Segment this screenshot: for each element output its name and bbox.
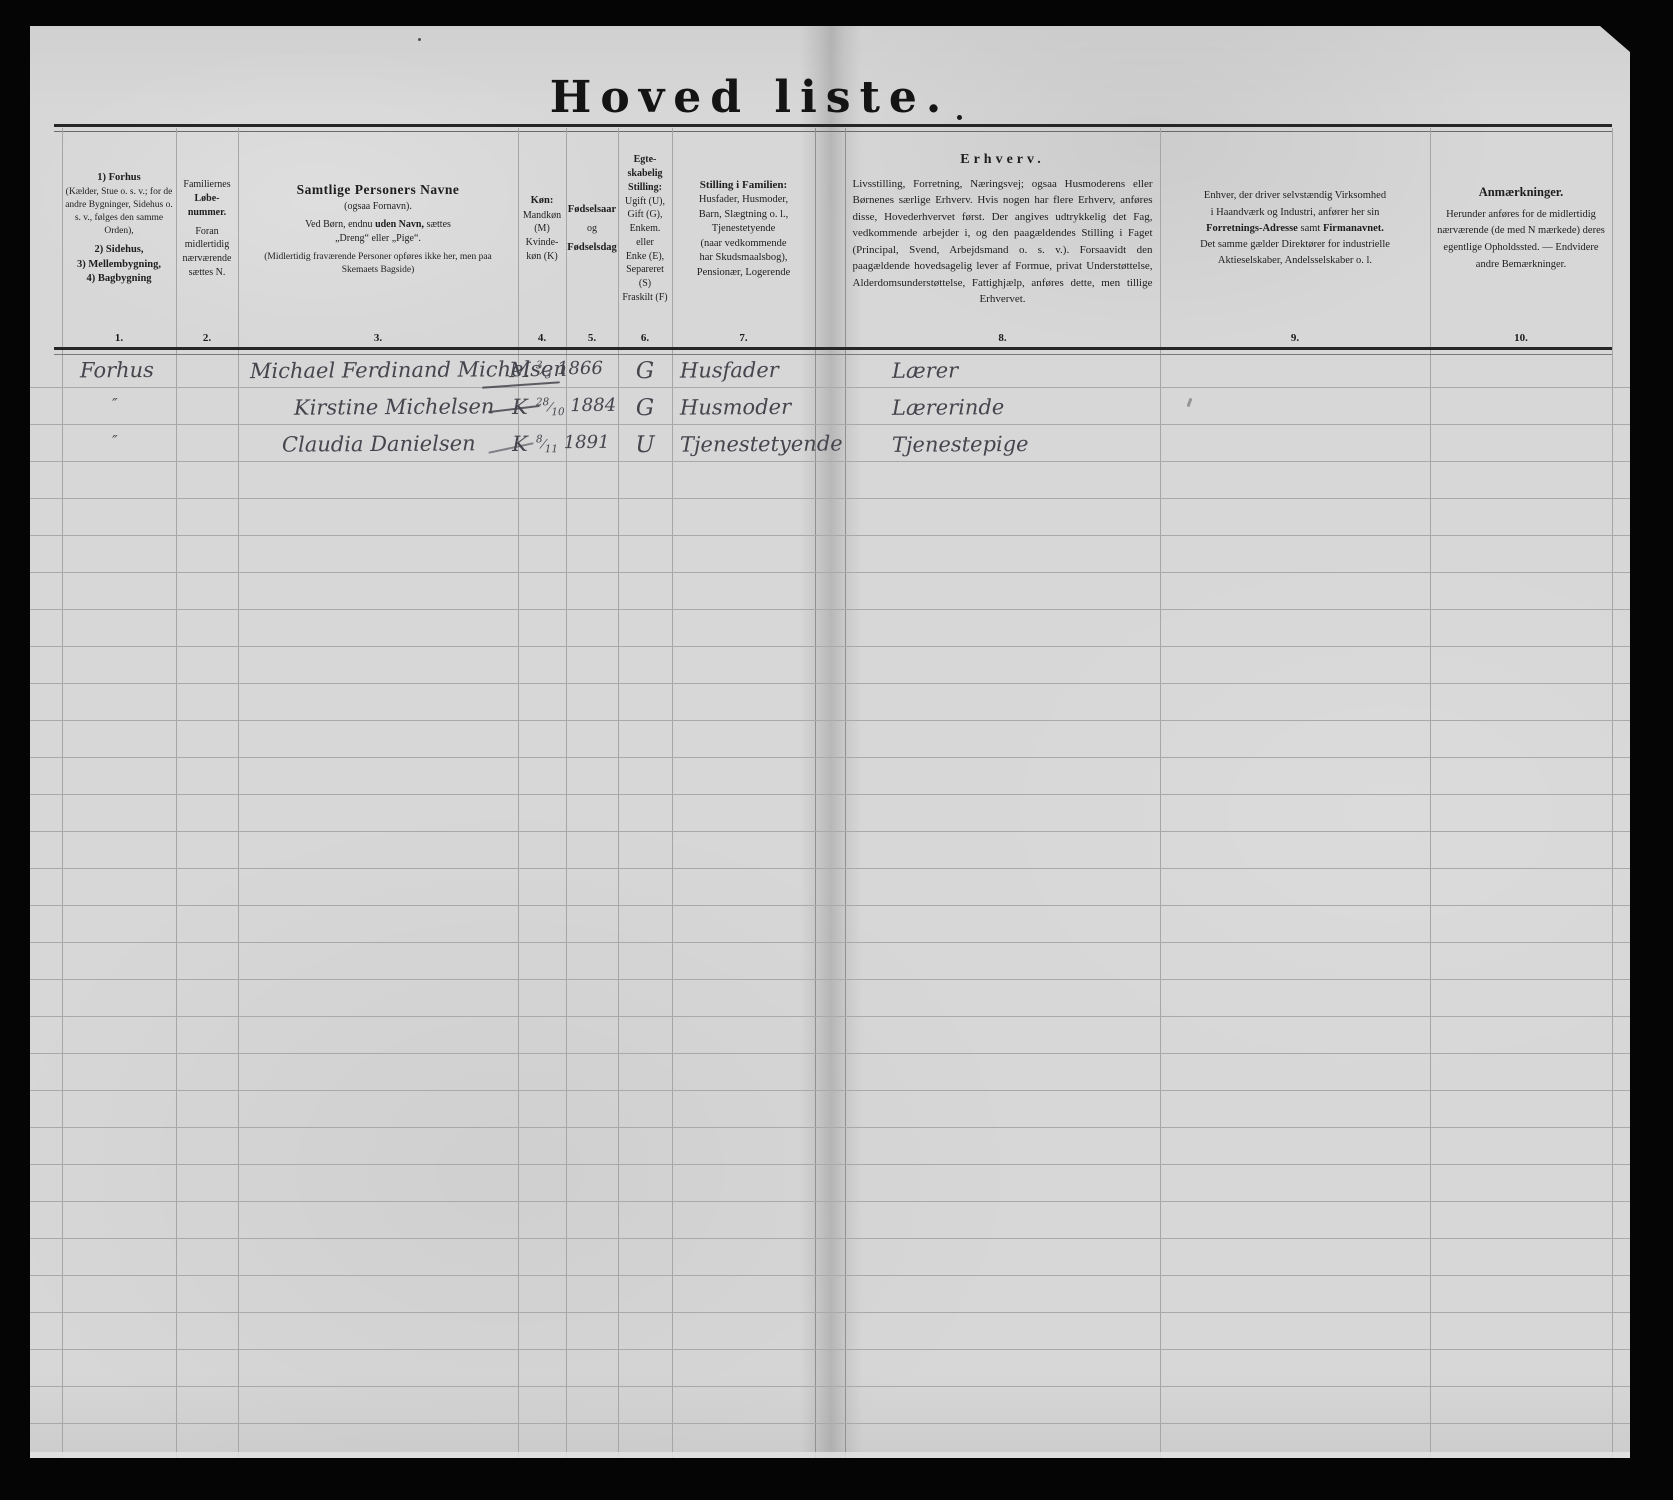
- col-header-marital-status: Egte- skabelig Stilling: Ugift (U), Gift…: [618, 130, 672, 328]
- page-edge: [30, 1452, 1630, 1458]
- entry-family: Tjenestetyende: [680, 431, 855, 462]
- entry-name: Claudia Danielsen: [282, 431, 476, 462]
- col-number-9: 9.: [1160, 329, 1430, 347]
- col-number-7: 7.: [672, 329, 815, 347]
- entry-birthdate: 28⁄10 1884: [536, 395, 631, 426]
- header-divider: [54, 347, 1612, 355]
- scan-background: { "title": "Hoved liste.", "header": { "…: [0, 0, 1673, 1500]
- col-header-family-position: Stilling i Familien: Husfader, Husmoder,…: [672, 130, 815, 328]
- ink-speck: [418, 38, 421, 41]
- col-number-1: 1.: [62, 329, 176, 347]
- entry-building-ditto: ″: [85, 395, 145, 425]
- pencil-mark: [1187, 398, 1193, 407]
- entry-building-ditto: ″: [85, 432, 145, 462]
- col-header-remarks: Anmærkninger. Herunder anføres for de mi…: [1430, 130, 1612, 328]
- col-number-8: 8.: [845, 329, 1160, 347]
- entry-birthdate: 8⁄11 1891: [536, 432, 631, 463]
- col-header-names: Samtlige Personers Navne (ogsaa Fornavn)…: [238, 130, 518, 328]
- entry-status: G: [620, 358, 670, 388]
- col-number-2: 2.: [176, 329, 238, 347]
- grid-vline: [1612, 128, 1613, 1458]
- data-grid-rows: [30, 351, 1630, 1458]
- col-header-business-address: Enhver, der driver selvstændig Virksomhe…: [1160, 130, 1430, 328]
- entry-name: Kirstine Michelsen: [294, 394, 495, 425]
- col-number-6: 6.: [618, 329, 672, 347]
- entry-occupation: Tjenestepige: [892, 431, 1132, 463]
- col-number-5: 5.: [566, 329, 618, 347]
- entry-family: Husfader: [680, 357, 855, 388]
- col-header-family-number: Familiernes Løbe- nummer. Foran midlerti…: [176, 130, 238, 328]
- col-header-building: 1) Forhus (Kælder, Stue o. s. v.; for de…: [62, 130, 176, 328]
- ink-speck: [957, 115, 962, 120]
- entry-occupation: Lærer: [892, 357, 1132, 389]
- entry-status: U: [620, 432, 670, 462]
- entry-building: Forhus: [80, 358, 200, 389]
- col-number-4: 4.: [518, 329, 566, 347]
- entry-occupation: Lærerinde: [892, 394, 1132, 426]
- fold-line-left: [815, 128, 816, 1458]
- col-header-occupation: Erhverv. Livsstilling, Forretning, Nærin…: [845, 130, 1160, 328]
- page-title: Hoved liste.: [430, 72, 1070, 123]
- col-number-3: 3.: [238, 329, 518, 347]
- entry-status: G: [620, 395, 670, 425]
- col-header-birthdate: Fødselsaar og Fødselsdag: [566, 130, 618, 328]
- entry-family: Husmoder: [680, 394, 855, 425]
- col-number-10: 10.: [1430, 329, 1612, 347]
- document-page: Hoved liste. 1) Forhus (Kælder, Stue o. …: [30, 26, 1630, 1458]
- col-header-sex: Køn: Mandkøn (M) Kvinde- køn (K): [518, 130, 566, 328]
